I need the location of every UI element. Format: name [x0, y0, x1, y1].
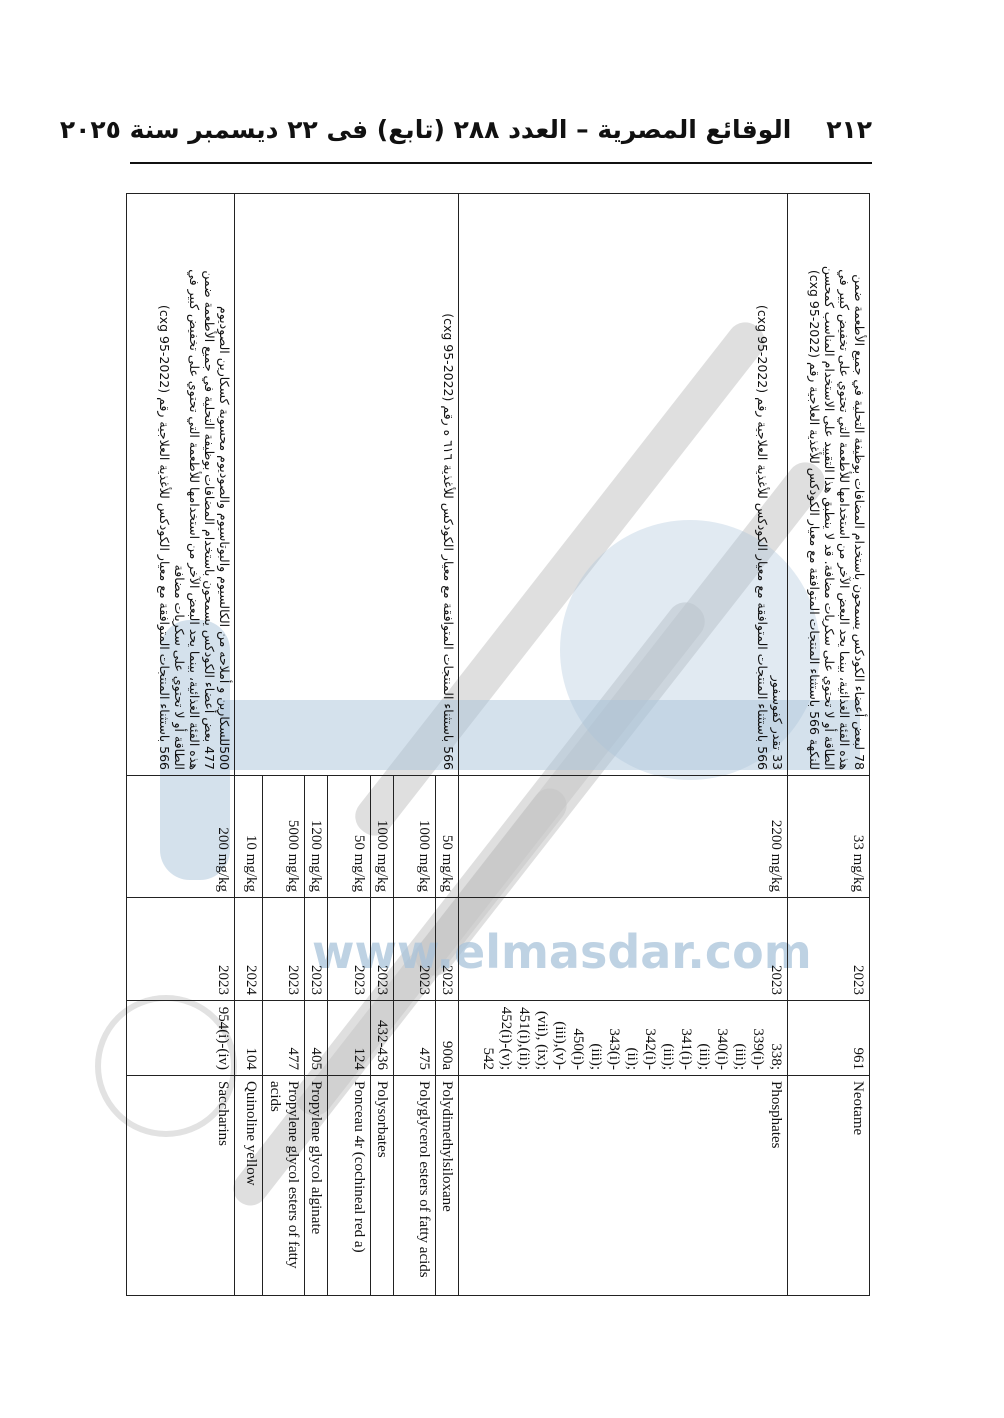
additive-name: Saccharins [127, 1076, 235, 1296]
additive-name: Quinoline yellow [235, 1076, 263, 1296]
additive-name: Propylene glycol esters of fatty acids [263, 1076, 305, 1296]
notes-cell: 78 لبعض أعضاء الكودكس يسمحون باستخدام ال… [788, 194, 870, 776]
rotated-table-wrapper: Neotame 961 2023 33 mg/kg 78 لبعض أعضاء … [130, 193, 870, 1295]
max-level: 2200 mg/kg [459, 776, 788, 898]
adoption-year: 2023 [394, 898, 436, 1001]
adoption-year: 2024 [235, 898, 263, 1001]
max-level: 50 mg/kg [328, 776, 371, 898]
adoption-year: 2023 [127, 898, 235, 1001]
additive-name: Ponceau 4r (cochineal red a) [328, 1076, 371, 1296]
additive-name: Propylene glycol alginate [305, 1076, 328, 1296]
ins-number: 477 [263, 1001, 305, 1076]
additive-name: Polydimethylsiloxane [436, 1076, 459, 1296]
ins-number: 338; 339(i)- (iii); 340(i)- (iii); 341(i… [459, 1001, 788, 1076]
additive-name: Neotame [788, 1076, 870, 1296]
max-level: 200 mg/kg [127, 776, 235, 898]
adoption-year: 2023 [328, 898, 371, 1001]
table-row: Saccharins 954(i)-(iv) 2023 200 mg/kg 50… [127, 194, 235, 1296]
table-row: Polydimethylsiloxane 900a 2023 50 mg/kg … [436, 194, 459, 1296]
additives-table: Neotame 961 2023 33 mg/kg 78 لبعض أعضاء … [126, 193, 870, 1296]
additive-name: Polysorbates [371, 1076, 394, 1296]
max-level: 5000 mg/kg [263, 776, 305, 898]
ins-number: 124 [328, 1001, 371, 1076]
max-level: 1200 mg/kg [305, 776, 328, 898]
additive-name: Phosphates [459, 1076, 788, 1296]
ins-number: 954(i)-(iv) [127, 1001, 235, 1076]
max-level: 33 mg/kg [788, 776, 870, 898]
max-level: 10 mg/kg [235, 776, 263, 898]
ins-number: 961 [788, 1001, 870, 1076]
max-level: 1000 mg/kg [371, 776, 394, 898]
ins-number: 104 [235, 1001, 263, 1076]
table-row: Phosphates 338; 339(i)- (iii); 340(i)- (… [459, 194, 788, 1296]
adoption-year: 2023 [263, 898, 305, 1001]
max-level: 1000 mg/kg [394, 776, 436, 898]
header-divider [130, 162, 872, 164]
adoption-year: 2023 [436, 898, 459, 1001]
ins-number: 900a [436, 1001, 459, 1076]
ins-number: 405 [305, 1001, 328, 1076]
max-level: 50 mg/kg [436, 776, 459, 898]
adoption-year: 2023 [788, 898, 870, 1001]
page-header: ٢١٢ الوقائع المصرية – العدد ٢٨٨ (تابع) ف… [130, 108, 872, 152]
notes-cell: 500للسكارين و أملاحه من الكالسيوم والبوت… [127, 194, 235, 776]
notes-cell: 33 تقدر كفوسفور 566 باستثناء المنتجات ال… [459, 194, 788, 776]
notes-cell: 566 باستثناء المنتجات المتوافقة مع معيار… [235, 194, 459, 776]
adoption-year: 2023 [371, 898, 394, 1001]
ins-number: 475 [394, 1001, 436, 1076]
page-number: ٢١٢ [826, 115, 872, 144]
gazette-title: الوقائع المصرية – العدد ٢٨٨ (تابع) فى ٢٢… [60, 115, 791, 144]
additive-name: Polyglycerol esters of fatty acids [394, 1076, 436, 1296]
table-row: Neotame 961 2023 33 mg/kg 78 لبعض أعضاء … [788, 194, 870, 1296]
ins-number: 432-436 [371, 1001, 394, 1076]
adoption-year: 2023 [459, 898, 788, 1001]
adoption-year: 2023 [305, 898, 328, 1001]
